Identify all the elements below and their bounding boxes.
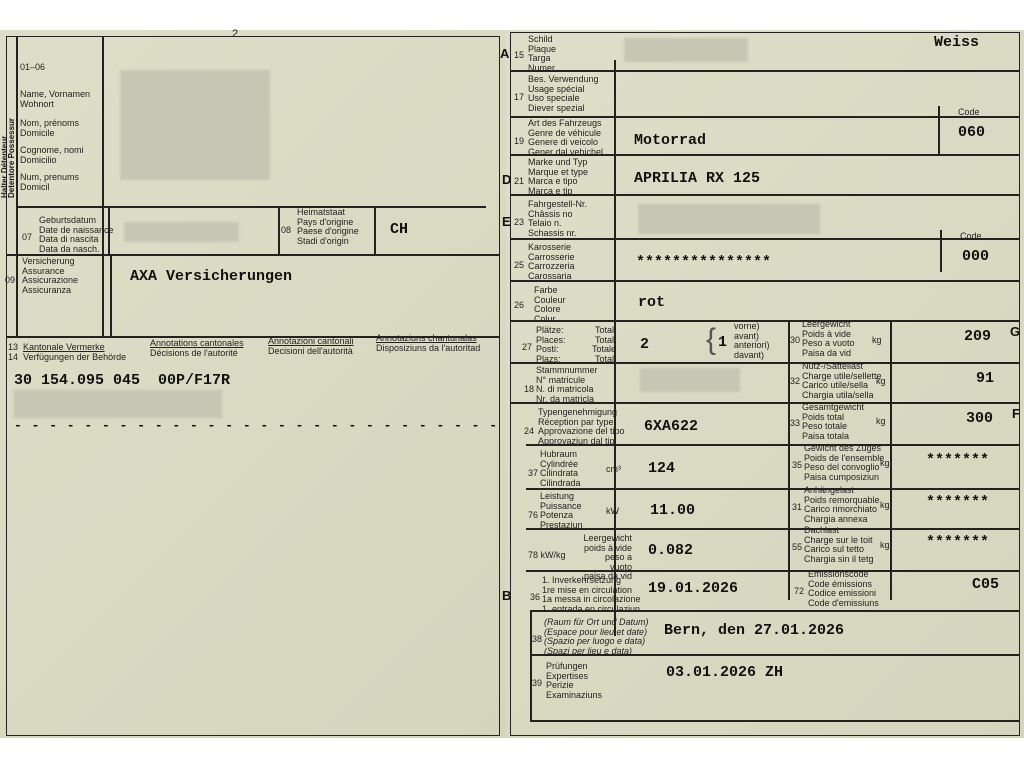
unit-label: kg (880, 458, 890, 468)
seats-total-value: 2 (640, 336, 649, 353)
empty-weight-labels: Leergewicht Poids à vide Peso a vuoto Pa… (802, 320, 855, 358)
field-number: 18 (524, 384, 534, 394)
divider (530, 610, 532, 720)
unit-label: kg (876, 416, 886, 426)
holder-side-label-2: Detentore Possessur (8, 98, 18, 198)
divider (278, 206, 280, 254)
document-page-left: 2 Halter Détenteur Detentore Possessur 0… (0, 30, 506, 738)
inspection-labels: Prüfungen Expertises Perizie Examinaziun… (546, 662, 602, 700)
body-value: *************** (636, 254, 771, 271)
seats-labels: Plätze: Places: Posti: Plazs: (536, 326, 566, 364)
seats-front-labels: vorne) avant) anteriori) davant) (734, 322, 770, 360)
divider (530, 720, 1020, 722)
label: Gener dal vehichel (528, 148, 603, 158)
plate-color-value: Weiss (934, 34, 979, 51)
side-letter-g: G (1010, 324, 1020, 339)
roof-load-labels: Dachlast Charge sur le toit Carico sul t… (804, 526, 874, 564)
divider (510, 402, 1020, 404)
field-number: 39 (532, 678, 542, 688)
special-use-labels: Bes. Verwendung Usage spécial Uso specia… (528, 75, 599, 113)
trailer-load-value: ******* (926, 494, 989, 511)
vehicle-type-labels: Art des Fahrzeugs Genre de véhicule Gene… (528, 119, 603, 157)
field-number: 25 (514, 260, 524, 270)
divider (530, 654, 1020, 656)
redacted-chassis-number (638, 204, 820, 234)
color-labels: Farbe Couleur Colore Colur (534, 286, 566, 324)
field-number: 33 (790, 418, 800, 428)
label: Chargia utila/sella (802, 391, 882, 401)
field-number: 23 (514, 217, 524, 227)
side-letter-d: D (502, 172, 511, 187)
annotations-de: 13 Kantonale Vermerke 14 Verfügungen der… (8, 343, 126, 362)
label: Data da nasch. (39, 245, 114, 255)
unit-label: cm³ (606, 464, 621, 474)
label: Wohnort (20, 100, 90, 110)
label: Examinaziuns (546, 691, 602, 701)
make-type-labels: Marke und Typ Marque et type Marca e tip… (528, 158, 588, 196)
label: Disposiziuns da l'autoritad (376, 344, 480, 354)
field-number: 27 (522, 342, 532, 352)
total-weight-labels: Gesamtgewicht Poids total Peso totale Pa… (802, 403, 864, 441)
side-letter-b: B (502, 588, 511, 603)
field-number: 76 (528, 510, 538, 520)
field-number: 24 (524, 426, 534, 436)
origin-value: CH (390, 221, 408, 238)
emission-code-value: C05 (972, 576, 999, 593)
color-value: rot (638, 294, 665, 311)
divider (6, 254, 500, 256)
divider (510, 280, 1020, 282)
divider (510, 194, 1020, 196)
field-number: 26 (514, 300, 524, 310)
displacement-value: 124 (648, 460, 675, 477)
side-letter-e: E (502, 214, 511, 229)
label: Diever spezial (528, 104, 599, 114)
field-number: 17 (514, 92, 524, 102)
side-label: Detentore (7, 161, 16, 198)
emission-code-labels: Emissionscode Code émissions Codice emis… (808, 570, 879, 608)
field-number: 15 (514, 50, 524, 60)
payload-labels: Nutz-/Sattellast Charge utile/sellette C… (802, 362, 882, 400)
section-code: 01–06 (20, 63, 45, 73)
label: Paisa totala (802, 432, 864, 442)
birthdate-labels: Geburtsdatum Date de naissance Data di n… (39, 216, 114, 254)
seats-total-labels: Total Total Totale Total (592, 326, 614, 364)
unit-label: kg (872, 335, 882, 345)
trailer-load-labels: Anhängelast Poids remorquable Carico rim… (804, 486, 880, 524)
train-weight-labels: Gewicht des Zuges Poids de l'ensemble Pe… (804, 444, 884, 482)
field-number: 55 (792, 542, 802, 552)
power-labels: Leistung Puissance Potenza Prestaziun (540, 492, 583, 530)
payload-value: 91 (976, 370, 994, 387)
power-value: 11.00 (650, 502, 695, 519)
divider (102, 36, 104, 336)
label: Assicuranza (22, 286, 78, 296)
first-registration-value: 19.01.2026 (648, 580, 738, 597)
divider (526, 488, 1020, 490)
divider (530, 610, 1020, 612)
label: Chargia annexa (804, 515, 880, 525)
field-number: 37 (528, 468, 538, 478)
origin-labels: Heimatstaat Pays d'origine Paese d'origi… (297, 208, 359, 246)
unit-label: kg (876, 376, 886, 386)
vehicle-type-code: 060 (958, 124, 985, 141)
unit-label: kg (880, 500, 890, 510)
type-approval-value: 6XA622 (644, 418, 698, 435)
unit-label: kW (606, 506, 619, 516)
label: Décisions de l'autorité (150, 349, 244, 359)
field-number: 21 (514, 176, 524, 186)
train-weight-value: ******* (926, 452, 989, 469)
brace-icon: { (706, 322, 716, 358)
roof-load-value: ******* (926, 534, 989, 551)
divider (526, 528, 1020, 530)
chassis-labels: Fahrgestell-Nr. Châssis no Telaio n. Sch… (528, 200, 587, 238)
label: Decisioni dell'autorità (268, 347, 354, 357)
displacement-labels: Hubraum Cylindrée Cilindrata Cilindrada (540, 450, 581, 488)
divider (938, 106, 940, 154)
label: Numer (528, 64, 556, 74)
divider (510, 238, 1020, 240)
divider (940, 230, 942, 272)
label: Chargia sin il tetg (804, 555, 874, 565)
label: Domicilio (20, 156, 90, 166)
redacted-annotation (14, 390, 222, 418)
side-letter-f: F (1012, 406, 1020, 421)
body-code: 000 (962, 248, 989, 265)
place-date-labels: (Raum für Ort und Datum) (Espace pour li… (544, 618, 649, 656)
label: Paisa da vid (802, 349, 855, 359)
annotations-rm: Annotaziuns chantunalas Disposiziuns da … (376, 334, 480, 353)
label: Cilindrada (540, 479, 581, 489)
redacted-master-number (640, 368, 740, 392)
redacted-holder-name (120, 70, 270, 180)
divider (510, 154, 1020, 156)
field-number: 36 (530, 592, 540, 602)
field-number: 09 (5, 275, 15, 285)
label: Schassis nr. (528, 229, 587, 239)
annotation-value: 30 154.095 045 00P/F17R (14, 372, 230, 389)
power-weight-value: 0.082 (648, 542, 693, 559)
redacted-birthdate (124, 222, 239, 242)
divider (510, 362, 1020, 364)
label: Code d'emissiuns (808, 599, 879, 609)
annotations-it: Annotazioni cantonali Decisioni dell'aut… (268, 337, 354, 356)
make-type-value: APRILIA RX 125 (634, 170, 760, 187)
empty-weight-value: 209 (964, 328, 991, 345)
label: Paisa cumposiziun (804, 473, 884, 483)
divider (16, 206, 486, 208)
field-number: 13 (8, 342, 18, 352)
side-label: Possessur (7, 118, 16, 158)
field-number: 31 (792, 502, 802, 512)
divider (510, 70, 1020, 72)
divider (110, 254, 112, 338)
label: Domicil (20, 183, 90, 193)
place-date-value: Bern, den 27.01.2026 (664, 622, 844, 639)
label: Domicile (20, 129, 90, 139)
total-weight-value: 300 (966, 410, 993, 427)
field-number: 30 (790, 335, 800, 345)
annotations-fr: Annotations cantonales Décisions de l'au… (150, 339, 244, 358)
seats-front-value: 1 (718, 334, 727, 351)
field-number: 07 (22, 232, 32, 242)
insurance-value: AXA Versicherungen (130, 268, 292, 285)
first-registration-labels: 1. Inverkehrsetzung 1re mise en circulat… (542, 576, 641, 614)
field-number: 32 (790, 376, 800, 386)
divider (526, 570, 1020, 572)
label: Kantonale Vermerke (23, 342, 105, 352)
plate-labels: Schild Plaque Targa Numer (528, 35, 556, 73)
holder-labels: Name, Vornamen Wohnort Nom, prénoms Domi… (20, 90, 90, 192)
inspection-value: 03.01.2026 ZH (666, 664, 783, 681)
label: Stadi d'origin (297, 237, 359, 247)
document-page-right: A D E B G F 15 Schild Plaque Targa Numer… (506, 30, 1024, 738)
divider (374, 206, 376, 254)
field-number: 14 (8, 352, 18, 362)
label: Verfügungen der Behörde (23, 352, 126, 362)
code-label: Code (960, 232, 982, 242)
body-labels: Karosserie Carrosserie Carrozzeria Caros… (528, 243, 575, 281)
field-number: 08 (281, 225, 291, 235)
field-number: 78 kW/kg (528, 550, 566, 560)
redacted-plate (624, 38, 748, 62)
field-number: 38 (532, 634, 542, 644)
master-number-labels: Stammnummer N° matricule N. di matricola… (536, 366, 598, 404)
divider (526, 444, 1020, 446)
code-label: Code (958, 108, 980, 118)
field-number: 35 (792, 460, 802, 470)
vehicle-type-value: Motorrad (634, 132, 706, 149)
unit-label: kg (880, 540, 890, 550)
insurance-labels: Versicherung Assurance Assicurazione Ass… (22, 257, 78, 295)
label: davant) (734, 351, 770, 361)
field-number: 72 (794, 586, 804, 596)
field-number: 19 (514, 136, 524, 146)
side-letter-a: A (500, 46, 509, 61)
type-approval-labels: Typengenehmigung Réception par type Appr… (538, 408, 625, 446)
